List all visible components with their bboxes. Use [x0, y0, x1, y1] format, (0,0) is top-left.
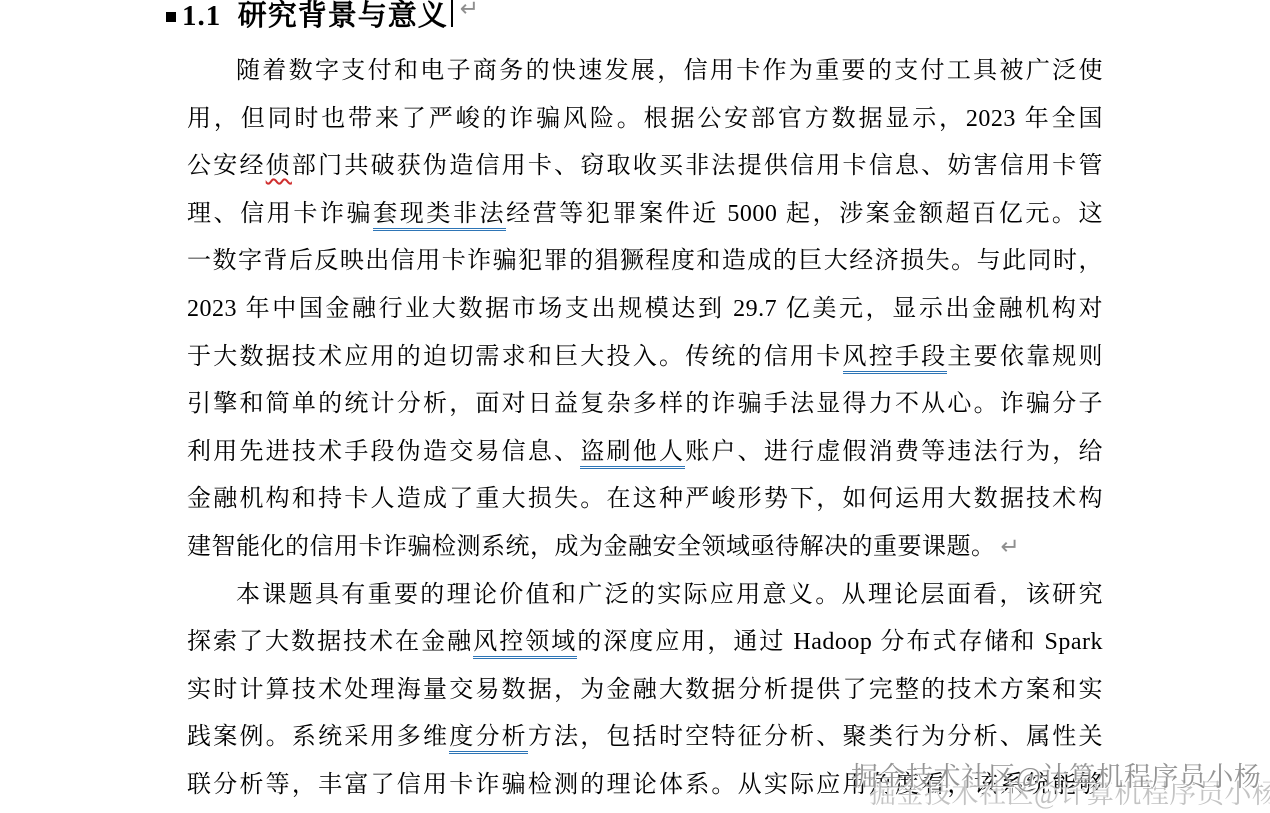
text-line[interactable]: 用，但同时也带来了严峻的诈骗风险。根据公安部官方数据显示，2023 年全国 [187, 96, 1103, 144]
text-line[interactable]: 联分析等，丰富了信用卡诈骗检测的理论体系。从实际应用角度看，该系统能够 [187, 762, 1103, 810]
text-area[interactable]: 随着数字支付和电子商务的快速发展，信用卡作为重要的支付工具被广泛使用，但同时也带… [187, 48, 1103, 810]
text-run: 引擎和简单的统计分析，面对日益复杂多样的诈骗手法显得力不从心。诈骗分子 [187, 391, 1103, 417]
text-line[interactable]: 实时计算技术处理海量交易数据，为金融大数据分析提供了完整的技术方案和实 [187, 667, 1103, 715]
text-line[interactable]: 践案例。系统采用多维度分析方法，包括时空特征分析、聚类行为分析、属性关 [187, 714, 1103, 762]
text-line[interactable]: 一数字背后反映出信用卡诈骗犯罪的猖獗程度和造成的巨大经济损失。与此同时， [187, 238, 1103, 286]
text-run: 于大数据技术应用的迫切需求和巨大投入。传统的信用卡 [187, 344, 843, 370]
paragraph: 本课题具有重要的理论价值和广泛的实际应用意义。从理论层面看，该研究探索了大数据技… [187, 572, 1103, 810]
text-run: 建智能化的信用卡诈骗检测系统，成为金融安全领域亟待解决的重要课题。 [187, 534, 996, 560]
text-line[interactable]: 利用先进技术手段伪造交易信息、盗刷他人账户、进行虚假消费等违法行为，给 [187, 429, 1103, 477]
text-run: 本课题具有重要的理论价值和广泛的实际应用意义。从理论层面看，该研究 [236, 582, 1103, 608]
text-run: 探索了大数据技术在金融 [187, 629, 473, 655]
text-run: 随着数字支付和电子商务的快速发展，信用卡作为重要的支付工具被广泛使 [236, 58, 1103, 84]
text-line[interactable]: 引擎和简单的统计分析，面对日益复杂多样的诈骗手法显得力不从心。诈骗分子 [187, 381, 1103, 429]
text-line[interactable]: 2023 年中国金融行业大数据市场支出规模达到 29.7 亿美元，显示出金融机构… [187, 286, 1103, 334]
grammar-check-underline: 风控手段 [843, 344, 948, 374]
grammar-check-underline: 盗刷他人 [580, 439, 685, 469]
text-run: 方法，包括时空特征分析、聚类行为分析、属性关 [528, 724, 1103, 750]
text-run: 公安经 [187, 153, 266, 179]
section-heading[interactable]: 1.1 研究背景与意义 ↵ [166, 0, 479, 34]
text-run: 账户、进行虚假消费等违法行为，给 [685, 439, 1103, 465]
paragraph-style-square-icon [166, 12, 176, 22]
text-run: 用，但同时也带来了严峻的诈骗风险。根据公安部官方数据显示，2023 年全国 [187, 106, 1103, 132]
text-run: 一数字背后反映出信用卡诈骗犯罪的猖獗程度和造成的巨大经济损失。与此同时， [187, 248, 1103, 274]
text-line[interactable]: 于大数据技术应用的迫切需求和巨大投入。传统的信用卡风控手段主要依靠规则 [187, 334, 1103, 382]
text-line[interactable]: 理、信用卡诈骗套现类非法经营等犯罪案件近 5000 起，涉案金额超百亿元。这 [187, 191, 1103, 239]
text-run: 经营等犯罪案件近 5000 起，涉案金额超百亿元。这 [506, 201, 1103, 227]
text-cursor [451, 0, 453, 27]
text-line[interactable]: 金融机构和持卡人造成了重大损失。在这种严峻形势下，如何运用大数据技术构 [187, 476, 1103, 524]
text-run: 金融机构和持卡人造成了重大损失。在这种严峻形势下，如何运用大数据技术构 [187, 486, 1103, 512]
text-line[interactable]: 公安经侦部门共破获伪造信用卡、窃取收买非法提供信用卡信息、妨害信用卡管 [187, 143, 1103, 191]
text-run: 践案例。系统采用多维 [187, 724, 449, 750]
text-line[interactable]: 探索了大数据技术在金融风控领域的深度应用，通过 Hadoop 分布式存储和 Sp… [187, 619, 1103, 667]
text-run: 实时计算技术处理海量交易数据，为金融大数据分析提供了完整的技术方案和实 [187, 677, 1103, 703]
text-run: 部门共破获伪造信用卡、窃取收买非法提供信用卡信息、妨害信用卡管 [292, 153, 1103, 179]
grammar-check-underline: 度分析 [449, 724, 528, 754]
spell-check-underline: 侦 [266, 153, 292, 179]
pilcrow-icon: ↵ [1001, 534, 1021, 560]
text-run: 主要依靠规则 [947, 344, 1103, 370]
paragraph: 随着数字支付和电子商务的快速发展，信用卡作为重要的支付工具被广泛使用，但同时也带… [187, 48, 1103, 572]
grammar-check-underline: 套现类非法 [373, 201, 506, 231]
text-run: 联分析等，丰富了信用卡诈骗检测的理论体系。从实际应用角度看，该系统能够 [187, 772, 1103, 798]
text-run: 理、信用卡诈骗 [187, 201, 373, 227]
grammar-check-underline: 风控领域 [473, 629, 577, 659]
pilcrow-icon: ↵ [460, 0, 479, 22]
text-line[interactable]: 随着数字支付和电子商务的快速发展，信用卡作为重要的支付工具被广泛使 [187, 48, 1103, 96]
text-run: 2023 年中国金融行业大数据市场支出规模达到 29.7 亿美元，显示出金融机构… [187, 296, 1103, 322]
text-line[interactable]: 建智能化的信用卡诈骗检测系统，成为金融安全领域亟待解决的重要课题。↵ [187, 524, 1103, 572]
text-line[interactable]: 本课题具有重要的理论价值和广泛的实际应用意义。从理论层面看，该研究 [187, 572, 1103, 620]
text-run: 利用先进技术手段伪造交易信息、 [187, 439, 580, 465]
text-run: 的深度应用，通过 Hadoop 分布式存储和 Spark [577, 629, 1103, 655]
section-heading-text: 1.1 研究背景与意义 [182, 0, 448, 34]
